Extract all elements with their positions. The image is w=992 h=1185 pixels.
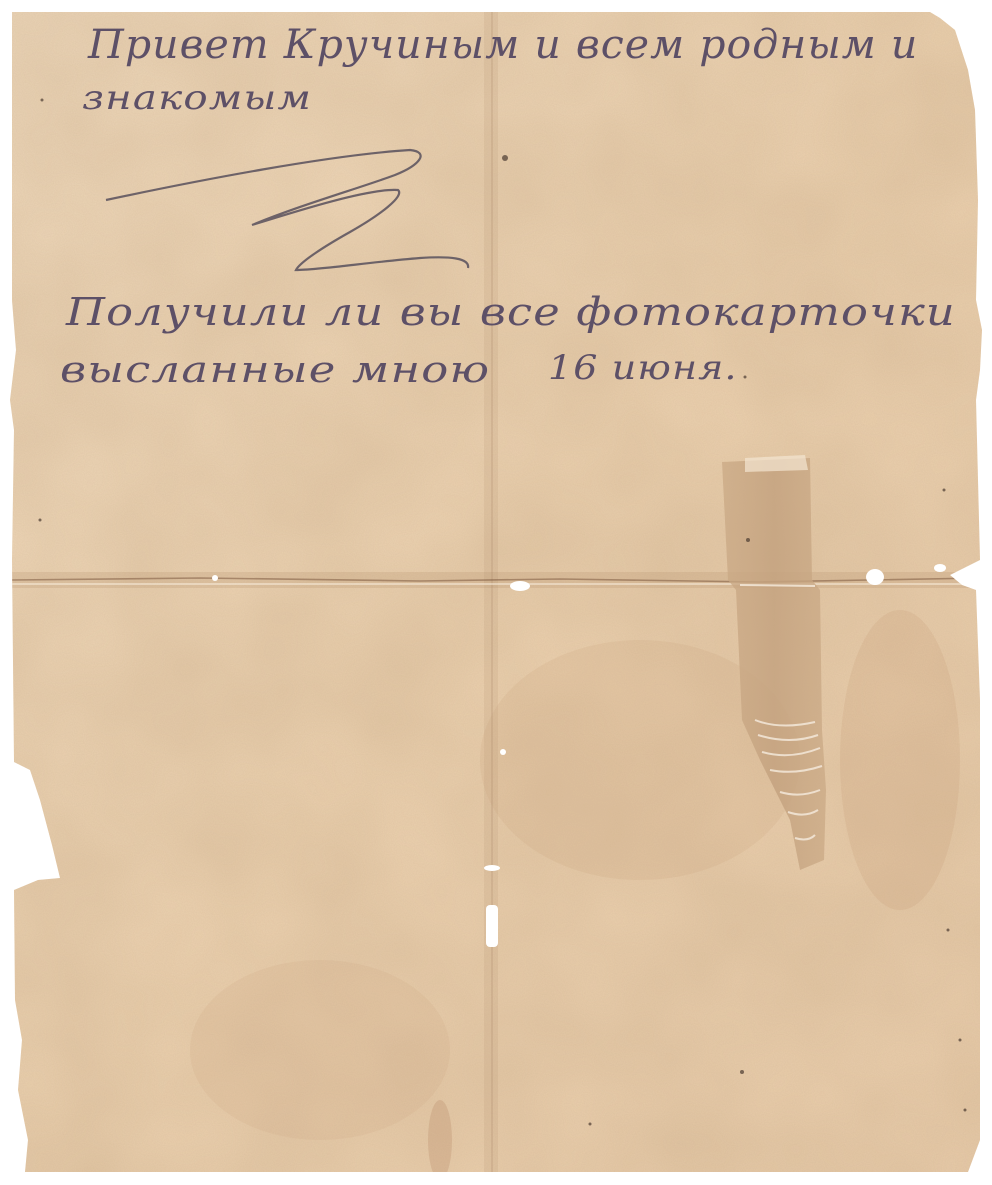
question-line-continued: высланные мною [60,350,490,391]
greeting-line-continued: знакомым [82,78,312,118]
paper-sheet [0,0,992,1185]
question-line: Получили ли вы все фотокарточки [66,290,956,334]
scanned-letter: Привет Кручиным и всем родным и знакомым… [0,0,992,1185]
greeting-line: Привет Кручиным и всем родным и [88,22,918,68]
date-note: 16 июня. [548,348,738,388]
